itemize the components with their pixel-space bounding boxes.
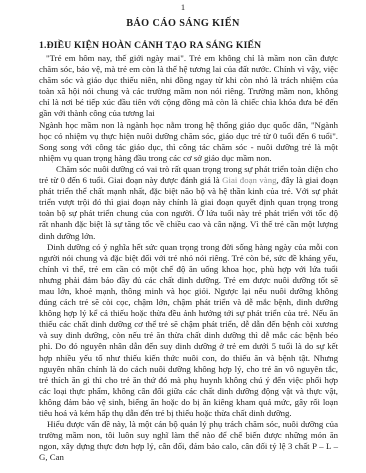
section-heading: 1.ĐIỀU KIỆN HOÀN CẢNH TẠO RA SÁNG KIẾN xyxy=(39,40,338,51)
paragraph-nutrition-importance: Dinh dưỡng có ý nghĩa hết sức quan trọng… xyxy=(39,242,338,420)
page-number: 1 xyxy=(0,0,366,12)
paragraph-care-nutrition: Chăm sóc nuôi dưỡng có vai trò rất quan … xyxy=(39,164,338,242)
page-title: BÁO CÁO SÁNG KIẾN xyxy=(0,18,366,29)
document-body: "Trẻ em hôm nay, thế giới ngày mai". Trẻ… xyxy=(39,53,338,463)
golden-stage-highlight-text: Giai đoạn vàng xyxy=(222,175,276,185)
paragraph-intro-children: "Trẻ em hôm nay, thế giới ngày mai". Trẻ… xyxy=(39,53,338,120)
paragraph-preschool-sector: Ngành học mầm non là ngành học nằm trong… xyxy=(39,120,338,164)
paragraph-author-motivation: Hiểu được vấn đề này, là một cán bộ quản… xyxy=(39,419,338,463)
document-page: 1 BÁO CÁO SÁNG KIẾN 1.ĐIỀU KIỆN HOÀN CẢN… xyxy=(0,0,366,473)
